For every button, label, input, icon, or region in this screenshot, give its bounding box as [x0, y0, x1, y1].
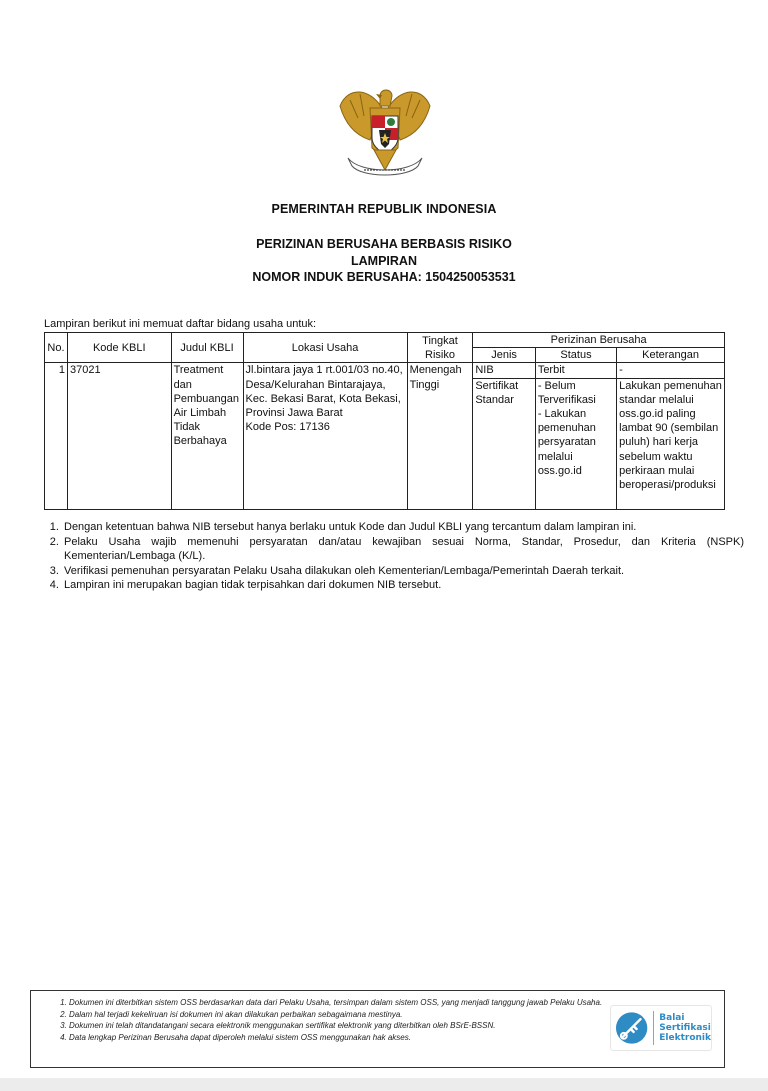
- cell-kode-kbli: 37021: [67, 363, 171, 509]
- header-no: No.: [45, 333, 68, 363]
- logo-line-balai: Balai: [659, 1013, 711, 1023]
- footer-note-item: Data lengkap Perizinan Berusaha dapat di…: [69, 1032, 644, 1044]
- document-title: PERIZINAN BERUSAHA BERBASIS RISIKO LAMPI…: [0, 236, 768, 286]
- cell-status: - Belum Terverifikasi - Lakukan pemenuha…: [535, 378, 616, 509]
- cell-lokasi-usaha: Jl.bintara jaya 1 rt.001/03 no.40, Desa/…: [243, 363, 407, 509]
- logo-line-sertifikasi: Sertifikasi: [659, 1023, 711, 1033]
- cell-jenis: Sertifikat Standar: [473, 378, 535, 509]
- logo-line-elektronik: Elektronik: [659, 1033, 711, 1043]
- garuda-pancasila-emblem-icon: [330, 78, 440, 188]
- bse-key-icon: [615, 1011, 648, 1045]
- bse-logo-text: Balai Sertifikasi Elektronik: [659, 1013, 711, 1043]
- header-tingkat-risiko: Tingkat Risiko: [407, 333, 473, 363]
- title-nib-number: NOMOR INDUK BERUSAHA: 1504250053531: [0, 269, 768, 286]
- bse-logo: Balai Sertifikasi Elektronik: [610, 1005, 712, 1051]
- government-title: PEMERINTAH REPUBLIK INDONESIA: [0, 202, 768, 216]
- footer-disclaimer-box: Dokumen ini diterbitkan sistem OSS berda…: [30, 990, 725, 1068]
- title-lampiran: LAMPIRAN: [0, 253, 768, 270]
- header-perizinan-berusaha: Perizinan Berusaha: [473, 333, 725, 348]
- footer-note-item: Dokumen ini diterbitkan sistem OSS berda…: [69, 997, 644, 1009]
- kbli-table: No. Kode KBLI Judul KBLI Lokasi Usaha Ti…: [44, 332, 725, 510]
- lokasi-kode-pos: Kode Pos: 17136: [246, 421, 330, 433]
- note-item: Dengan ketentuan bahwa NIB tersebut hany…: [62, 520, 744, 535]
- cell-tingkat-risiko: Menengah Tinggi: [407, 363, 473, 509]
- header-kode-kbli: Kode KBLI: [67, 333, 171, 363]
- intro-text: Lampiran berikut ini memuat daftar bidan…: [44, 318, 316, 330]
- status-line-1: - Belum Terverifikasi: [538, 380, 596, 406]
- cell-jenis: NIB: [473, 363, 535, 378]
- document-page: PEMERINTAH REPUBLIK INDONESIA PERIZINAN …: [0, 0, 768, 1078]
- cell-judul-kbli: Treatment dan Pembuangan Air Limbah Tida…: [171, 363, 243, 509]
- note-item: Lampiran ini merupakan bagian tidak terp…: [62, 578, 744, 593]
- lokasi-address: Jl.bintara jaya 1 rt.001/03 no.40, Desa/…: [246, 364, 403, 419]
- table-row: 1 37021 Treatment dan Pembuangan Air Lim…: [45, 363, 725, 378]
- footer-notes-list: Dokumen ini diterbitkan sistem OSS berda…: [51, 997, 644, 1043]
- footer-note-item: Dokumen ini telah ditandatangani secara …: [69, 1020, 644, 1032]
- header-lokasi-usaha: Lokasi Usaha: [243, 333, 407, 363]
- header-judul-kbli: Judul KBLI: [171, 333, 243, 363]
- notes-list: Dengan ketentuan bahwa NIB tersebut hany…: [44, 520, 744, 593]
- title-perizinan: PERIZINAN BERUSAHA BERBASIS RISIKO: [0, 236, 768, 253]
- header-keterangan: Keterangan: [617, 348, 725, 363]
- cell-keterangan: -: [617, 363, 725, 378]
- viewer-bottom-strip: [0, 1078, 768, 1091]
- cell-status: Terbit: [535, 363, 616, 378]
- note-item: Verifikasi pemenuhan persyaratan Pelaku …: [62, 564, 744, 579]
- note-item: Pelaku Usaha wajib memenuhi persyaratan …: [62, 535, 744, 564]
- header-status: Status: [535, 348, 616, 363]
- status-line-2: - Lakukan pemenuhan persyaratan melalui …: [538, 408, 596, 477]
- header-jenis: Jenis: [473, 348, 535, 363]
- footer-note-item: Dalam hal terjadi kekeliruan isi dokumen…: [69, 1009, 644, 1021]
- logo-separator: [653, 1011, 654, 1045]
- cell-no: 1: [45, 363, 68, 509]
- cell-keterangan: Lakukan pemenuhan standar melalui oss.go…: [617, 378, 725, 509]
- table-header-row: No. Kode KBLI Judul KBLI Lokasi Usaha Ti…: [45, 333, 725, 348]
